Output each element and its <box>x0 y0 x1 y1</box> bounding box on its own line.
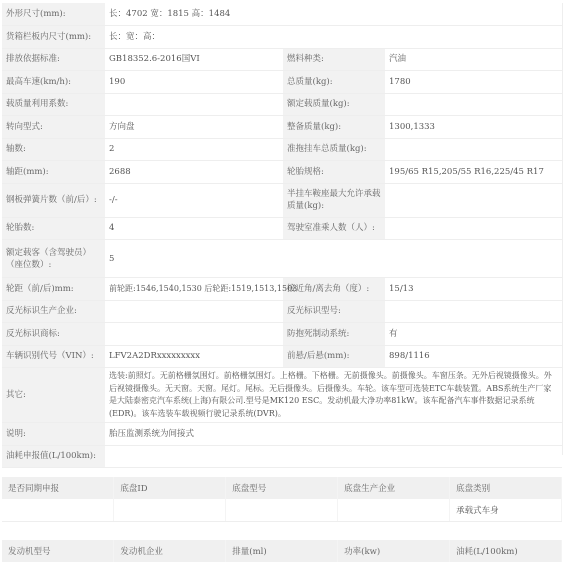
value-seating: 5 <box>105 240 562 278</box>
spec-row-dimensions: 外形尺寸(mm): 长：4702 宽：1815 高：1484 <box>2 3 562 26</box>
value-leaf-springs: -/- <box>105 183 283 217</box>
label-other: 其它: <box>2 368 105 423</box>
label-overhang: 前悬/后悬(mm): <box>283 345 385 368</box>
label-axles: 轴数: <box>2 138 105 161</box>
value-other: 选装:前照灯。无前格栅氛围灯。前格栅氛围灯。上格栅。下格栅。无前摄像头。前摄像头… <box>105 368 562 423</box>
label-reflector-brand: 反光标识商标: <box>2 323 105 346</box>
cell-concurrent-filing <box>2 499 114 522</box>
value-dimensions: 长：4702 宽：1815 高：1484 <box>105 3 562 26</box>
cell-chassis-model <box>226 499 338 522</box>
vehicle-spec-table: 外形尺寸(mm): 长：4702 宽：1815 高：1484 货箱栏板内尺寸(m… <box>2 3 562 468</box>
label-approach-departure: 接近角/离去角（度）: <box>283 278 385 301</box>
header-fuel-consumption: 油耗(L/100km) <box>450 540 562 562</box>
value-fuel-consumption <box>105 445 562 468</box>
spec-row: 转向型式: 方向盘 整备质量(kg): 1300,1333 <box>2 116 562 139</box>
value-tire-spec: 195/65 R15,205/55 R16,225/45 R17 <box>385 161 562 184</box>
value-curb-mass: 1300,1333 <box>385 116 562 139</box>
value-track: 前轮距:1546,1540,1530 后轮距:1519,1513,1503 <box>105 278 283 301</box>
value-saddle-load <box>385 183 562 217</box>
label-reflector-maker: 反光标识生产企业: <box>2 300 105 323</box>
header-concurrent-filing: 是否同期申报 <box>2 477 114 499</box>
value-axles: 2 <box>105 138 283 161</box>
header-engine-maker: 发动机企业 <box>114 540 226 562</box>
label-max-speed: 最高车速(km/h): <box>2 71 105 94</box>
spec-row: 排放依据标准: GB18352.6-2016国VI 燃料种类: 汽油 <box>2 48 562 71</box>
cell-chassis-maker <box>338 499 450 522</box>
spec-row-note: 说明: 胎压监测系统为间接式 <box>2 423 562 446</box>
cell-chassis-type: 承载式车身 <box>450 499 562 522</box>
spec-row: 反光标识商标: 防抱死制动系统: 有 <box>2 323 562 346</box>
spec-row-fuel-consumption: 油耗申报值(L/100km): <box>2 445 562 468</box>
spec-row: 载质量利用系数: 额定载质量(kg): <box>2 93 562 116</box>
label-cab-capacity: 驾驶室准乘人数（人）: <box>283 217 385 240</box>
value-trailer-mass <box>385 138 562 161</box>
value-overhang: 898/1116 <box>385 345 562 368</box>
label-total-mass: 总质量(kg): <box>283 71 385 94</box>
value-vin: LFV2A2DRxxxxxxxxx <box>105 345 283 368</box>
value-reflector-brand <box>105 323 283 346</box>
chassis-data-row: 承载式车身 <box>2 499 562 522</box>
table-right-border <box>562 3 563 455</box>
label-leaf-springs: 钢板弹簧片数（前/后）: <box>2 183 105 217</box>
spec-row: 钢板弹簧片数（前/后）: -/- 半挂车鞍座最大允许承载质量(kg): <box>2 183 562 217</box>
value-reflector-model <box>385 300 562 323</box>
spec-row-other: 其它: 选装:前照灯。无前格栅氛围灯。前格栅氛围灯。上格栅。下格栅。无前摄像头。… <box>2 368 562 423</box>
label-curb-mass: 整备质量(kg): <box>283 116 385 139</box>
value-total-mass: 1780 <box>385 71 562 94</box>
label-abs: 防抱死制动系统: <box>283 323 385 346</box>
value-cab-capacity <box>385 217 562 240</box>
label-tire-count: 轮胎数: <box>2 217 105 240</box>
value-reflector-maker <box>105 300 283 323</box>
value-note: 胎压监测系统为间接式 <box>105 423 562 446</box>
label-rated-load: 额定载质量(kg): <box>283 93 385 116</box>
label-trailer-mass: 准拖挂车总质量(kg): <box>283 138 385 161</box>
label-seating: 额定载客（含驾驶员）（座位数）: <box>2 240 105 278</box>
value-max-speed: 190 <box>105 71 283 94</box>
engine-table: 发动机型号 发动机企业 排量(ml) 功率(kw) 油耗(L/100km) <box>2 540 562 562</box>
spec-row: 轮距（前/后)mm: 前轮距:1546,1540,1530 后轮距:1519,1… <box>2 278 562 301</box>
spec-row: 轴数: 2 准拖挂车总质量(kg): <box>2 138 562 161</box>
label-steering: 转向型式: <box>2 116 105 139</box>
value-approach-departure: 15/13 <box>385 278 562 301</box>
label-tire-spec: 轮胎规格: <box>283 161 385 184</box>
header-chassis-type: 底盘类别 <box>450 477 562 499</box>
value-emission-standard: GB18352.6-2016国VI <box>105 48 283 71</box>
label-reflector-model: 反光标识型号: <box>283 300 385 323</box>
header-power: 功率(kw) <box>338 540 450 562</box>
engine-header-row: 发动机型号 发动机企业 排量(ml) 功率(kw) 油耗(L/100km) <box>2 540 562 562</box>
label-wheelbase: 轴距(mm): <box>2 161 105 184</box>
label-cargo-box: 货箱栏板内尺寸(mm): <box>2 26 105 49</box>
chassis-table: 是否同期申报 底盘ID 底盘型号 底盘生产企业 底盘类别 承载式车身 <box>2 477 562 522</box>
label-vin: 车辆识别代号（VIN）: <box>2 345 105 368</box>
value-rated-load <box>385 93 562 116</box>
spec-row-cargo-box: 货箱栏板内尺寸(mm): 长：宽：高： <box>2 26 562 49</box>
spec-row: 车辆识别代号（VIN）: LFV2A2DRxxxxxxxxx 前悬/后悬(mm)… <box>2 345 562 368</box>
value-wheelbase: 2688 <box>105 161 283 184</box>
label-fuel-consumption: 油耗申报值(L/100km): <box>2 445 105 468</box>
spec-row: 反光标识生产企业: 反光标识型号: <box>2 300 562 323</box>
header-chassis-maker: 底盘生产企业 <box>338 477 450 499</box>
value-cargo-box: 长：宽：高： <box>105 26 562 49</box>
label-track: 轮距（前/后)mm: <box>2 278 105 301</box>
spec-row: 轴距(mm): 2688 轮胎规格: 195/65 R15,205/55 R16… <box>2 161 562 184</box>
header-displacement: 排量(ml) <box>226 540 338 562</box>
value-fuel-type: 汽油 <box>385 48 562 71</box>
label-note: 说明: <box>2 423 105 446</box>
label-load-factor: 载质量利用系数: <box>2 93 105 116</box>
chassis-header-row: 是否同期申报 底盘ID 底盘型号 底盘生产企业 底盘类别 <box>2 477 562 499</box>
spec-row: 额定载客（含驾驶员）（座位数）: 5 <box>2 240 562 278</box>
value-abs: 有 <box>385 323 562 346</box>
label-dimensions: 外形尺寸(mm): <box>2 3 105 26</box>
value-load-factor <box>105 93 283 116</box>
value-tire-count: 4 <box>105 217 283 240</box>
label-saddle-load: 半挂车鞍座最大允许承载质量(kg): <box>283 183 385 217</box>
header-chassis-id: 底盘ID <box>114 477 226 499</box>
value-steering: 方向盘 <box>105 116 283 139</box>
spec-row: 轮胎数: 4 驾驶室准乘人数（人）: <box>2 217 562 240</box>
header-engine-model: 发动机型号 <box>2 540 114 562</box>
spec-row: 最高车速(km/h): 190 总质量(kg): 1780 <box>2 71 562 94</box>
label-fuel-type: 燃料种类: <box>283 48 385 71</box>
cell-chassis-id <box>114 499 226 522</box>
label-emission-standard: 排放依据标准: <box>2 48 105 71</box>
header-chassis-model: 底盘型号 <box>226 477 338 499</box>
